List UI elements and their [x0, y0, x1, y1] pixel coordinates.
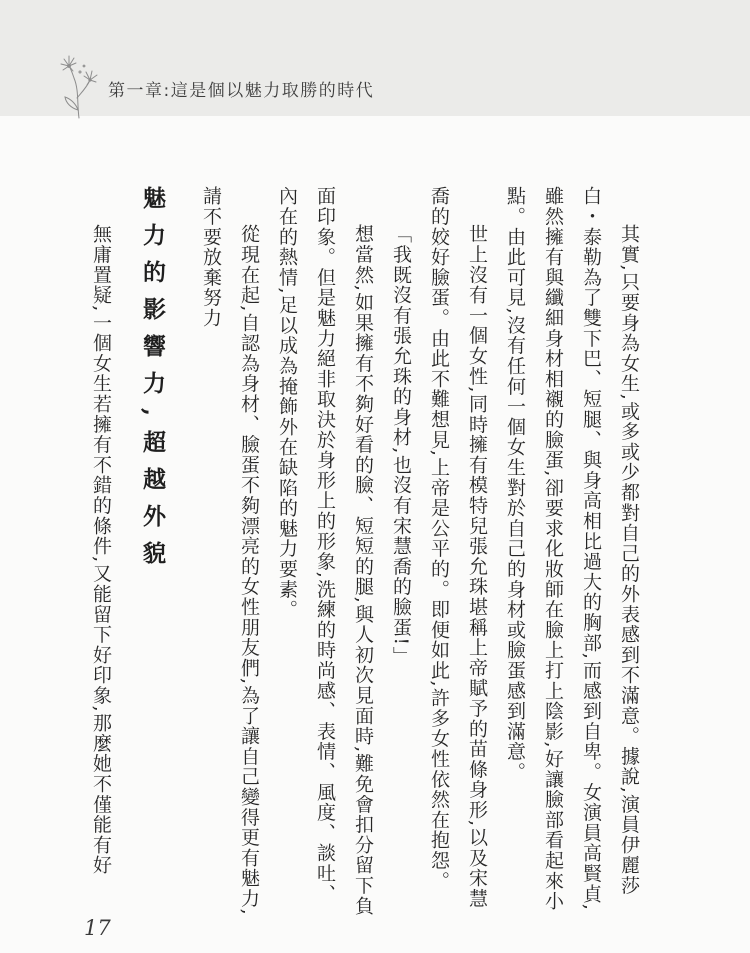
paragraph-3: 想當然,如果擁有不夠好看的臉、短短的腿,與人初次見面時,難免會扣分留下負面印象。… — [268, 186, 382, 920]
body-text: 其實,只要身為女生,或多或少都對自己的外表感到不滿意。據說,演員伊麗莎白・泰勒為… — [68, 186, 648, 920]
paragraph-1: 其實,只要身為女生,或多或少都對自己的外表感到不滿意。據說,演員伊麗莎白・泰勒為… — [496, 186, 648, 920]
paragraph-4: 從現在起,自認為身材、臉蛋不夠漂亮的女性朋友們,為了讓自己變得更有魅力,請不要放… — [192, 186, 268, 920]
pull-quote: 「我既沒有張允珠的身材,也沒有宋慧喬的臉蛋!」 — [382, 186, 420, 920]
chapter-title: 第一章:這是個以魅力取勝的時代 — [108, 76, 374, 101]
page-number: 17 — [84, 916, 111, 940]
section-heading: 魅力的影響力,超越外貌 — [132, 186, 172, 920]
book-page: 第一章:這是個以魅力取勝的時代 其實,只要身為女生,或多或少都對自己的外表感到不… — [0, 0, 750, 953]
paragraph-2: 世上沒有一個女性,同時擁有模特兒張允珠堪稱上帝賦予的苗條身形,以及宋慧喬的姣好臉… — [420, 186, 496, 920]
chapter-header: 第一章:這是個以魅力取勝的時代 — [56, 52, 374, 120]
flower-icon — [56, 52, 100, 120]
paragraph-5: 無庸置疑,一個女生若擁有不錯的條件,又能留下好印象,那麼她不僅能有好 — [82, 186, 120, 920]
